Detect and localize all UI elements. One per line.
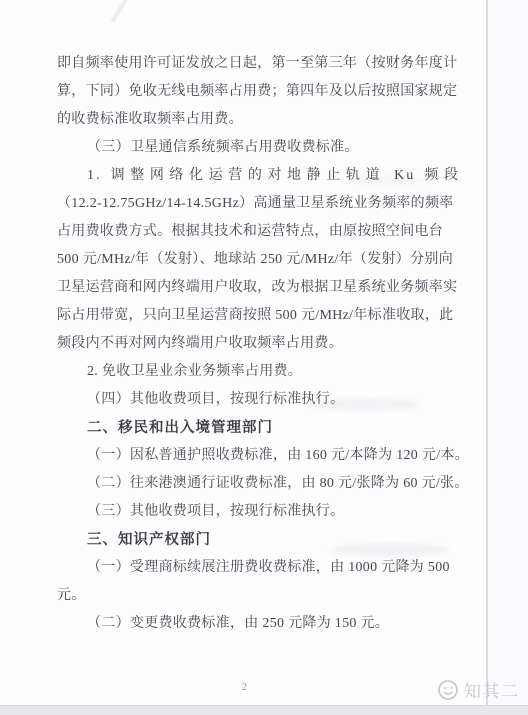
- doc-line: 500 元/MHz/年（发射）、地球站 250 元/MHz/年（发射）分别向: [57, 246, 460, 274]
- page-edge-line: [486, 0, 488, 706]
- doc-line: （四）其他收费项目，按现行标准执行。: [57, 386, 460, 414]
- doc-line: （二）往来港澳通行证收费标准，由 80 元/张降为 60 元/张。: [57, 470, 460, 498]
- doc-line: 即自频率使用许可证发放之日起，第一至第三年（按财务年度计: [57, 50, 460, 78]
- section-heading-immigration: 二、移民和出入境管理部门: [57, 414, 460, 442]
- section-heading-intellectual-property: 三、知识产权部门: [57, 526, 460, 554]
- scan-fold-artifact-top-left: [110, 0, 129, 23]
- doc-line: 1. 调整网络化运营的对地静止轨道 Ku 频段: [57, 162, 460, 190]
- doc-line: 算，下同）免收无线电频率占用费；第四年及以后按照国家规定: [57, 78, 460, 106]
- page-number: 2: [242, 682, 247, 693]
- smiley-logo-icon: [437, 679, 459, 701]
- doc-line: 2. 免收卫星业余业务频率占用费。: [57, 358, 460, 386]
- doc-line: （三）其他收费项目，按现行标准执行。: [57, 498, 460, 526]
- doc-line: 元。: [57, 582, 460, 610]
- document-page: 即自频率使用许可证发放之日起，第一至第三年（按财务年度计 算，下同）免收无线电频…: [0, 0, 528, 715]
- doc-line: 占用费收费方式。根据其技术和运营特点，由原按照空间电台: [57, 218, 460, 246]
- doc-line: （12.2-12.75GHz/14-14.5GHz）高通量卫星系统业务频率的频率: [57, 190, 460, 218]
- doc-line: （一）受理商标续展注册费收费标准，由 1000 元降为 500: [57, 554, 460, 582]
- page-edge-shade: [488, 0, 528, 706]
- document-body: 即自频率使用许可证发放之日起，第一至第三年（按财务年度计 算，下同）免收无线电频…: [57, 50, 460, 638]
- doc-line: （一）因私普通护照收费标准，由 160 元/本降为 120 元/本。: [57, 442, 460, 470]
- doc-line: 际占用带宽，只向卫星运营商按照 500 元/MHz/年标准收取，此: [57, 302, 460, 330]
- scan-bottom-edge: [0, 705, 528, 715]
- doc-line: （三）卫星通信系统频率占用费收费标准。: [57, 134, 460, 162]
- doc-line: 卫星运营商和网内终端用户收取，改为根据卫星系统业务频率实: [57, 274, 460, 302]
- doc-line: 频段内不再对网内终端用户收取频率占用费。: [57, 330, 460, 358]
- watermark-text: 知其二: [464, 677, 520, 702]
- doc-line: 的收费标准收取频率占用费。: [57, 106, 460, 134]
- doc-line: （二）变更费收费标准，由 250 元降为 150 元。: [57, 610, 460, 638]
- watermark: 知其二: [437, 677, 520, 702]
